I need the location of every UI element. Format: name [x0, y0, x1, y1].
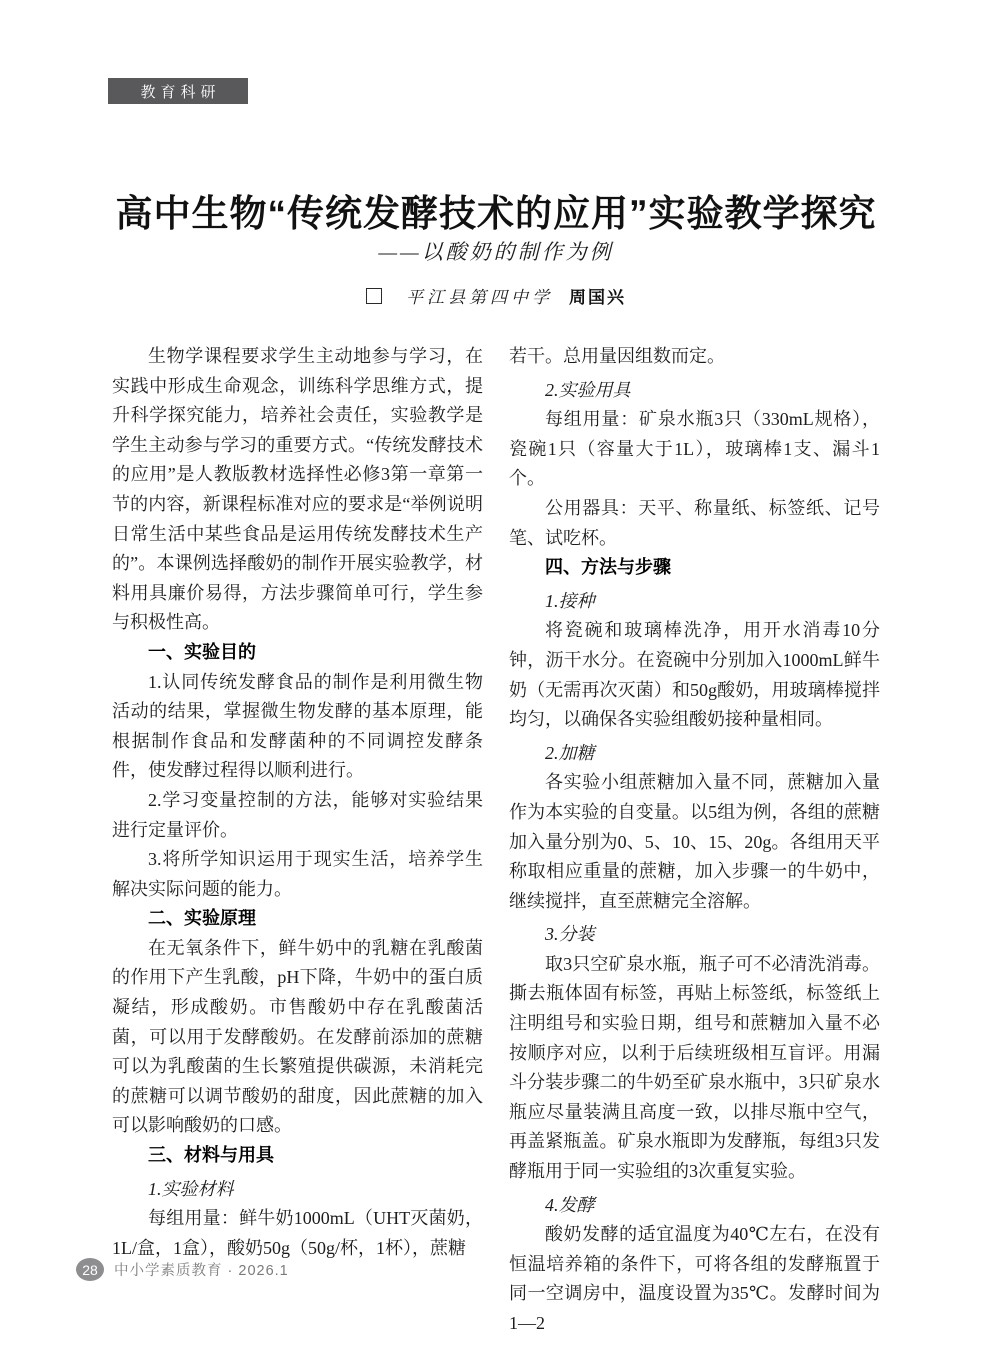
left-column: 生物学课程要求学生主动地参与学习，在实践中形成生命观念，训练科学思维方式，提升科… — [112, 342, 483, 1339]
subsection-heading: 2.实验用具 — [509, 376, 880, 406]
paragraph: 各实验小组蔗糖加入量不同，蔗糖加入量作为本实验的自变量。以5组为例，各组的蔗糖加… — [509, 768, 880, 916]
subsection-heading: 1.实验材料 — [112, 1175, 483, 1205]
journal-name: 中小学素质教育 · 2026.1 — [114, 1259, 289, 1280]
subsection-heading: 4.发酵 — [509, 1191, 880, 1221]
paragraph: 生物学课程要求学生主动地参与学习，在实践中形成生命观念，训练科学思维方式，提升科… — [112, 342, 483, 638]
paragraph: 将瓷碗和玻璃棒洗净，用开水消毒10分钟，沥干水分。在瓷碗中分别加入1000mL鲜… — [509, 616, 880, 734]
paragraph: 2.学习变量控制的方法，能够对实验结果进行定量评价。 — [112, 786, 483, 845]
paragraph: 每组用量：矿泉水瓶3只（330mL规格），瓷碗1只（容量大于1L），玻璃棒1支、… — [509, 405, 880, 494]
paragraph-continued: 若干。总用量因组数而定。 — [509, 342, 880, 372]
section-heading: 二、实验原理 — [112, 904, 483, 934]
article-subtitle: ——以酸奶的制作为例 — [0, 236, 992, 266]
paragraph: 1.认同传统发酵食品的制作是利用微生物活动的结果，掌握微生物发酵的基本原理，能根… — [112, 668, 483, 786]
paragraph: 酸奶发酵的适宜温度为40℃左右，在没有恒温培养箱的条件下，可将各组的发酵瓶置于同… — [509, 1220, 880, 1338]
author-marker-square-icon — [366, 288, 382, 304]
section-heading: 四、方法与步骤 — [509, 553, 880, 583]
section-heading: 一、实验目的 — [112, 638, 483, 668]
author-name: 周国兴 — [569, 283, 626, 308]
paragraph: 取3只空矿泉水瓶，瓶子可不必清洗消毒。撕去瓶体固有标签，再贴上标签纸，标签纸上注… — [509, 950, 880, 1187]
section-heading: 三、材料与用具 — [112, 1141, 483, 1171]
subsection-heading: 2.加糖 — [509, 739, 880, 769]
article-body: 生物学课程要求学生主动地参与学习，在实践中形成生命观念，训练科学思维方式，提升科… — [112, 342, 880, 1339]
right-column: 若干。总用量因组数而定。2.实验用具每组用量：矿泉水瓶3只（330mL规格），瓷… — [509, 342, 880, 1339]
author-row: 平江县第四中学 周国兴 — [0, 283, 992, 308]
paragraph: 在无氧条件下，鲜牛奶中的乳糖在乳酸菌的作用下产生乳酸，pH下降，牛奶中的蛋白质凝… — [112, 934, 483, 1141]
subsection-heading: 1.接种 — [509, 587, 880, 617]
paragraph: 3.将所学知识运用于现实生活，培养学生解决实际问题的能力。 — [112, 845, 483, 904]
paragraph: 每组用量：鲜牛奶1000mL（UHT灭菌奶，1L/盒，1盒），酸奶50g（50g… — [112, 1204, 483, 1263]
category-badge: 教育科研 — [108, 78, 248, 104]
article-title: 高中生物“传统发酵技术的应用”实验教学探究 — [0, 183, 992, 237]
page-footer: 28 中小学素质教育 · 2026.1 — [76, 1258, 289, 1281]
subsection-heading: 3.分装 — [509, 920, 880, 950]
author-affiliation: 平江县第四中学 — [406, 283, 553, 308]
page-number-badge: 28 — [76, 1258, 104, 1281]
paragraph: 公用器具：天平、称量纸、标签纸、记号笔、试吃杯。 — [509, 494, 880, 553]
